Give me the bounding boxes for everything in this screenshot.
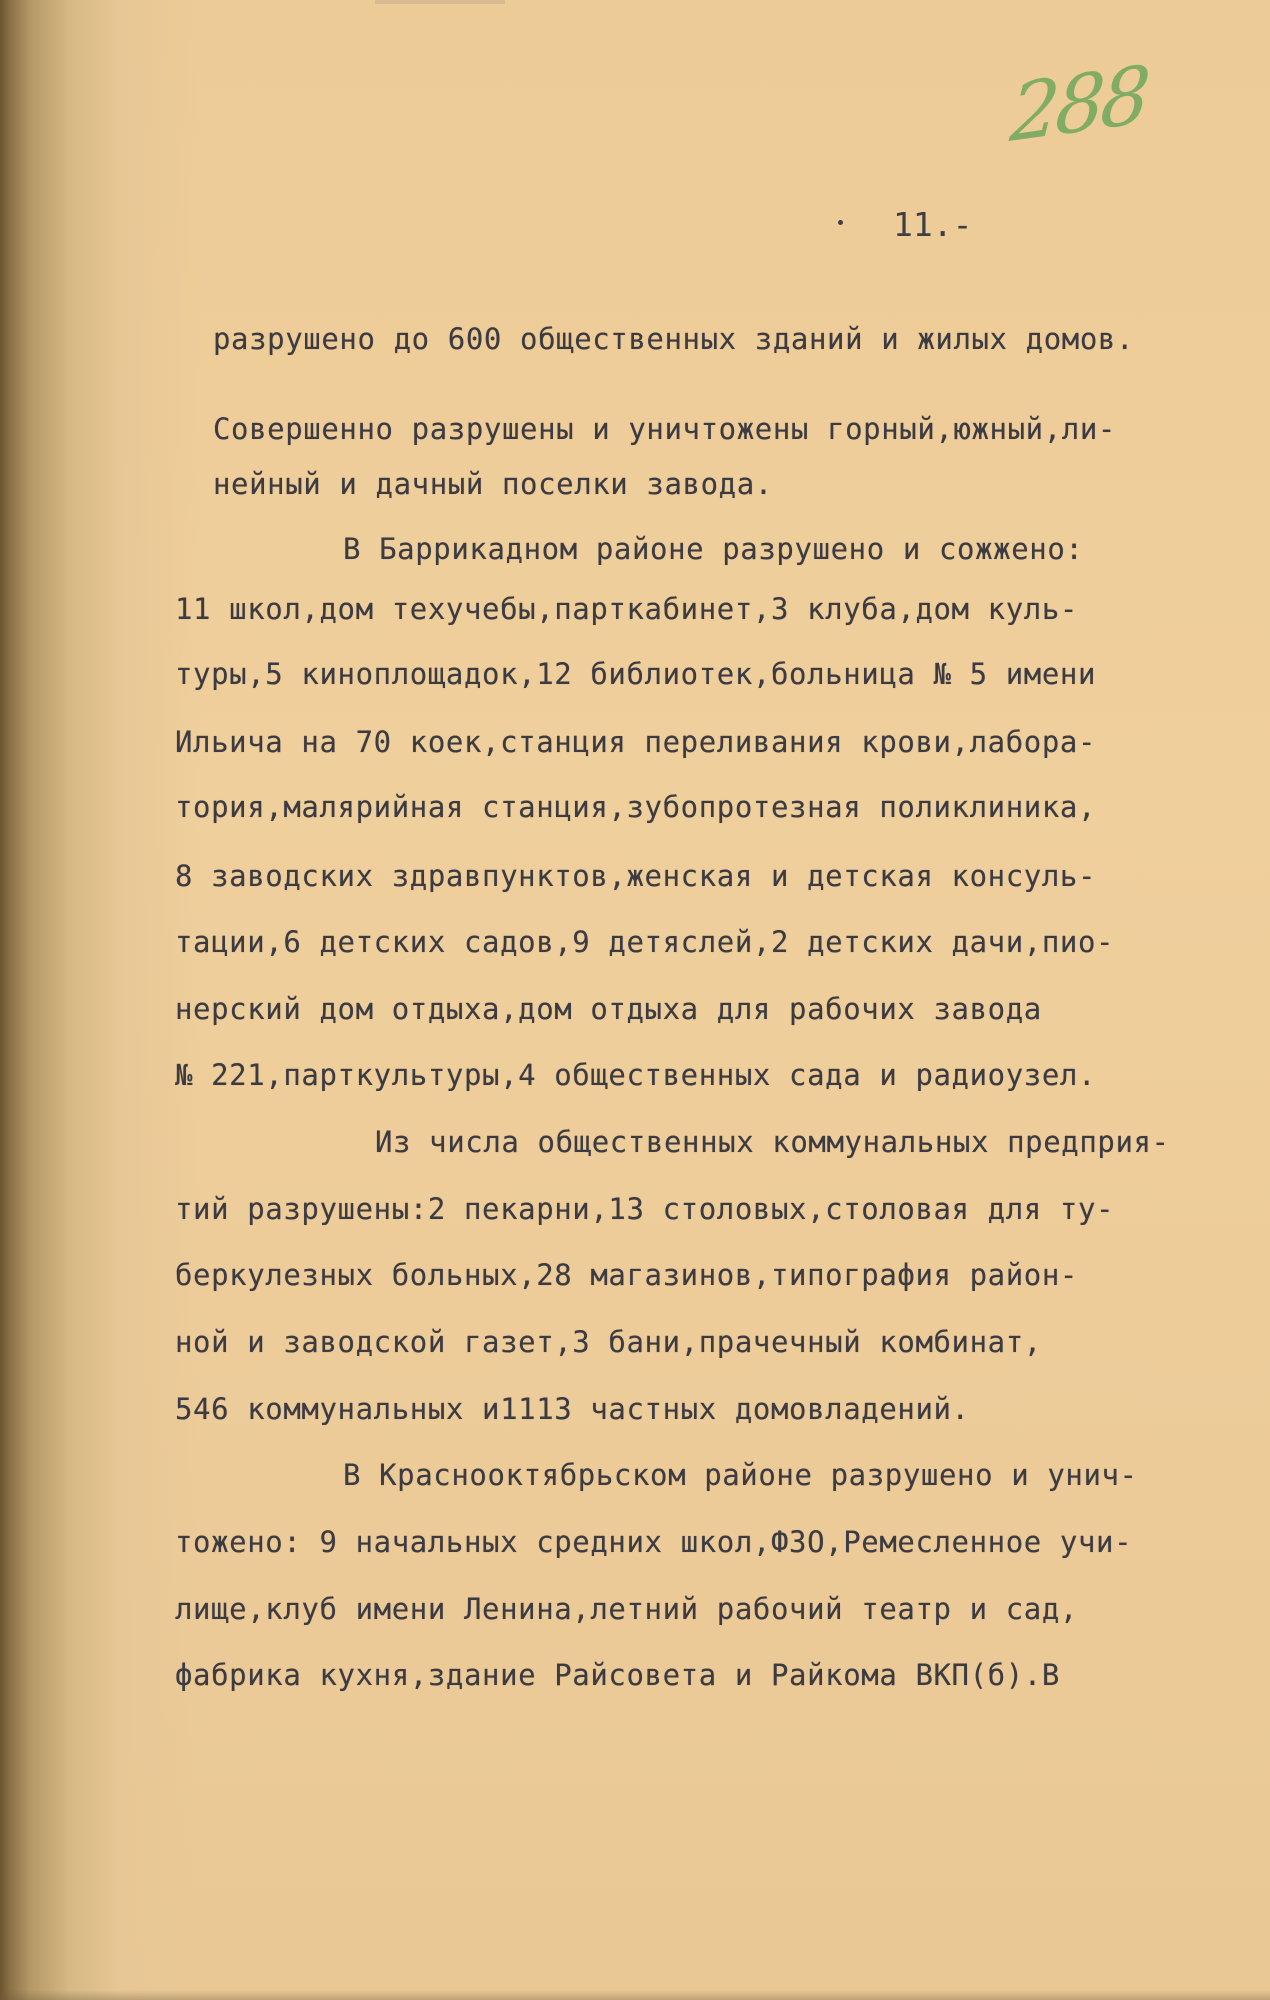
text-line: 11 школ,дом техучебы,парткабинет,3 клуба… bbox=[175, 592, 1078, 626]
text-line: тации,6 детских садов,9 детяслей,2 детск… bbox=[175, 925, 1114, 959]
paper-strip bbox=[375, 0, 505, 4]
text-line: нейный и дачный поселки завода. bbox=[213, 467, 773, 501]
page-number-dot bbox=[838, 220, 843, 225]
text-line: фабрика кухня,здание Райсовета и Райкома… bbox=[175, 1658, 1060, 1692]
text-line: тория,малярийная станция,зубопротезная п… bbox=[175, 790, 1096, 824]
paragraph-start-line: В Баррикадном районе разрушено и сожжено… bbox=[343, 532, 1083, 566]
page-number: 11.- bbox=[893, 205, 972, 244]
text-line: 546 коммунальных и1113 частных домовладе… bbox=[175, 1392, 970, 1426]
text-line: тожено: 9 начальных средних школ,ФЗО,Рем… bbox=[175, 1525, 1132, 1559]
document-page: 288 11.- разрушено до 600 общественных з… bbox=[0, 0, 1270, 2000]
paragraph-start-line: В Краснооктябрьском районе разрушено и у… bbox=[343, 1458, 1138, 1492]
text-line: разрушено до 600 общественных зданий и ж… bbox=[213, 322, 1134, 356]
text-line: № 221,парткультуры,4 общественных сада и… bbox=[175, 1058, 1096, 1092]
text-line: Совершенно разрушены и уничтожены горный… bbox=[213, 412, 1116, 446]
text-line: Ильича на 70 коек,станция переливания кр… bbox=[175, 725, 1096, 759]
paragraph-start-line: Из числа общественных коммунальных предп… bbox=[375, 1125, 1170, 1159]
archive-folio-number: 288 bbox=[1007, 50, 1149, 161]
text-line: 8 заводских здравпунктов,женская и детск… bbox=[175, 859, 1096, 893]
text-line: туры,5 киноплощадок,12 библиотек,больниц… bbox=[175, 657, 1096, 691]
text-line: тий разрушены:2 пекарни,13 столовых,стол… bbox=[175, 1192, 1114, 1226]
text-line: беркулезных больных,28 магазинов,типогра… bbox=[175, 1258, 1078, 1292]
text-line: нерский дом отдыха,дом отдыха для рабочи… bbox=[175, 992, 1042, 1026]
text-line: лище,клуб имени Ленина,летний рабочий те… bbox=[175, 1592, 1078, 1626]
text-line: ной и заводской газет,3 бани,прачечный к… bbox=[175, 1325, 1042, 1359]
